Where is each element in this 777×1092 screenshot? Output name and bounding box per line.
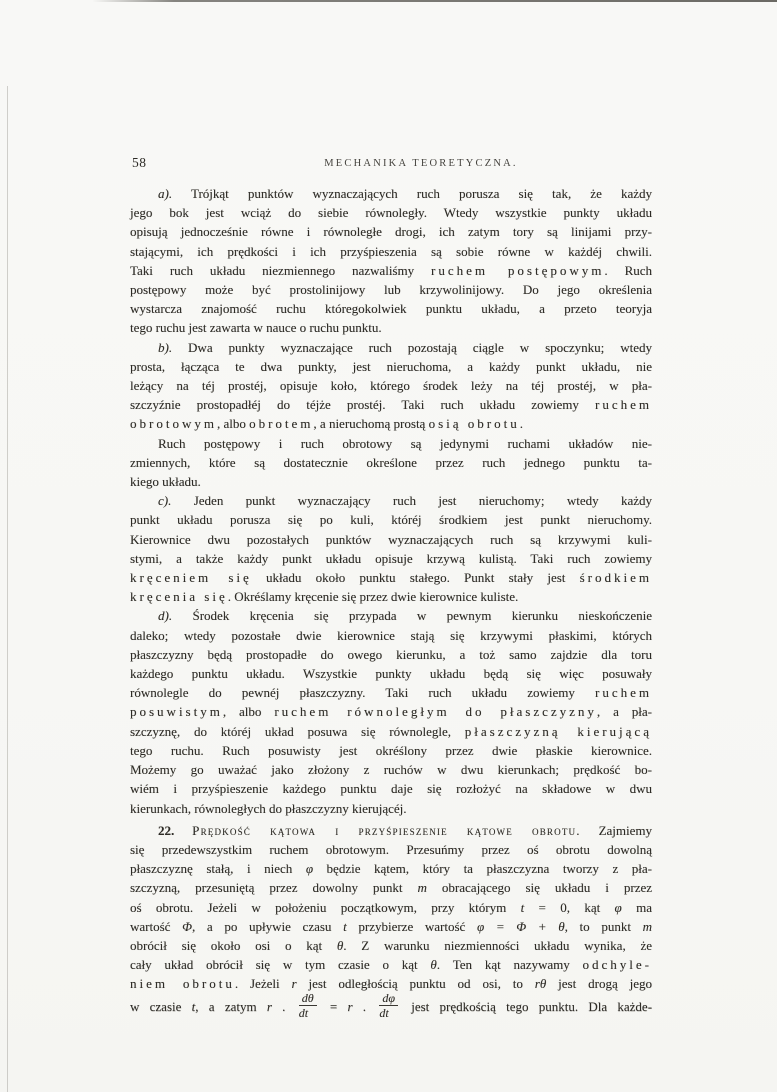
text-line: posuwistym, albo ruchem równoległym do p… — [130, 702, 652, 721]
page-header: 58 MECHANIKA TEORETYCZNA. — [130, 155, 652, 175]
text-line: wiém i przyśpieszenie każdego punktu daj… — [130, 779, 652, 798]
text-block: a). Trójkąt punktów wyznaczających ruch … — [130, 184, 652, 1022]
text-line: 22. Prędkość kątowa i przyśpieszenie kąt… — [130, 821, 652, 840]
text-line: d). Środek kręcenia się przypada w pewny… — [130, 606, 652, 625]
scan-top-edge — [92, 0, 777, 2]
paragraph-section-22: 22. Prędkość kątowa i przyśpieszenie kąt… — [130, 821, 652, 1022]
text-line: obrotowym, albo obrotem, a nieruchomą pr… — [130, 414, 652, 433]
text-line: punkt układu porusza się po kuli, któréj… — [130, 510, 652, 529]
text-line: Taki ruch układu niezmiennego nazwaliśmy… — [130, 261, 652, 280]
text-line: płaszczyznę stałą, i niech φ będzie kąte… — [130, 859, 652, 878]
text-line: kręceniem się układu około punktu stałeg… — [130, 568, 652, 587]
scanned-book-page: 58 MECHANIKA TEORETYCZNA. a). Trójkąt pu… — [0, 0, 777, 1092]
text-line: płaszczyzny będą prostopadłe do owego ki… — [130, 645, 652, 664]
text-line: wystarcza znajomość ruchu któregokolwiek… — [130, 299, 652, 318]
paragraph-ruch-postepowy: Ruch postępowy i ruch obrotowy są jedyny… — [130, 434, 652, 492]
text-line: Możemy go uważać jako złożony z ruchów w… — [130, 760, 652, 779]
running-title: MECHANIKA TEORETYCZNA. — [324, 158, 517, 169]
text-line: szczyźnie prostopadłéj do téjże prostéj.… — [130, 395, 652, 414]
derivative-fraction: dφdt — [379, 992, 398, 1020]
text-line: zmiennych, które są dostatecznie określo… — [130, 453, 652, 472]
paragraph-a: a). Trójkąt punktów wyznaczających ruch … — [130, 184, 652, 338]
text-line: się przedewszystkim ruchem obrotowym. Pr… — [130, 840, 652, 859]
text-line: postępowy może być prostolinijowy lub kr… — [130, 280, 652, 299]
text-line: stymi, a także każdy punkt układu opisuj… — [130, 549, 652, 568]
text-line: stającymi, ich prędkości i ich przyśpies… — [130, 242, 652, 261]
paragraph-b: b). Dwa punkty wyznaczające ruch pozosta… — [130, 338, 652, 434]
text-line: a). Trójkąt punktów wyznaczających ruch … — [130, 184, 652, 203]
text-line: obrócił się około osi o kąt θ. Z warunku… — [130, 936, 652, 955]
text-line: oś obrotu. Jeżeli w położeniu początkowy… — [130, 898, 652, 917]
text-line: daleko; wtedy pozostałe dwie kierownice … — [130, 626, 652, 645]
page-number: 58 — [132, 155, 147, 171]
text-line: szczyzną, przesuniętą przez dowolny punk… — [130, 878, 652, 897]
derivative-fraction: dθdt — [299, 992, 317, 1020]
text-line: tego ruchu jest zawarta w nauce o ruchu … — [130, 318, 652, 337]
text-line: w czasie t, a zatym r . dθdt = r . dφdt … — [130, 994, 652, 1022]
text-line: prosta, łącząca te dwa punkty, jest nier… — [130, 357, 652, 376]
paragraph-d: d). Środek kręcenia się przypada w pewny… — [130, 606, 652, 817]
text-line: opisują jednocześnie równe i równoległe … — [130, 222, 652, 241]
text-line: c). Jeden punkt wyznaczający ruch jest n… — [130, 491, 652, 510]
text-line: równolegle do pewnéj płaszczyzny. Taki r… — [130, 683, 652, 702]
text-line: leżący na téj prostéj, opisuje koło, któ… — [130, 376, 652, 395]
paragraph-c: c). Jeden punkt wyznaczający ruch jest n… — [130, 491, 652, 606]
text-line: Kierownice dwu pozostałych punktów wyzna… — [130, 530, 652, 549]
text-line: tego ruchu. Ruch posuwisty jest okréślon… — [130, 741, 652, 760]
text-line: kiego układu. — [130, 472, 652, 491]
text-line: kręcenia się. Okréślamy kręcenie się prz… — [130, 587, 652, 606]
text-line: każdego punktu układu. Wszystkie punkty … — [130, 664, 652, 683]
text-line: wartość Φ, a po upływie czasu t przybier… — [130, 917, 652, 936]
text-line: kierunkach, równoległych do płaszczyzny … — [130, 799, 652, 818]
text-line: cały układ obrócił się w tym czasie o ką… — [130, 955, 652, 974]
paper-left-edge — [7, 86, 8, 1092]
text-line: szczyznę, do któréj układ posuwa się rów… — [130, 722, 652, 741]
text-line: jego bok jest wciąż do siebie równoległy… — [130, 203, 652, 222]
text-line: b). Dwa punkty wyznaczające ruch pozosta… — [130, 338, 652, 357]
text-line: Ruch postępowy i ruch obrotowy są jedyny… — [130, 434, 652, 453]
